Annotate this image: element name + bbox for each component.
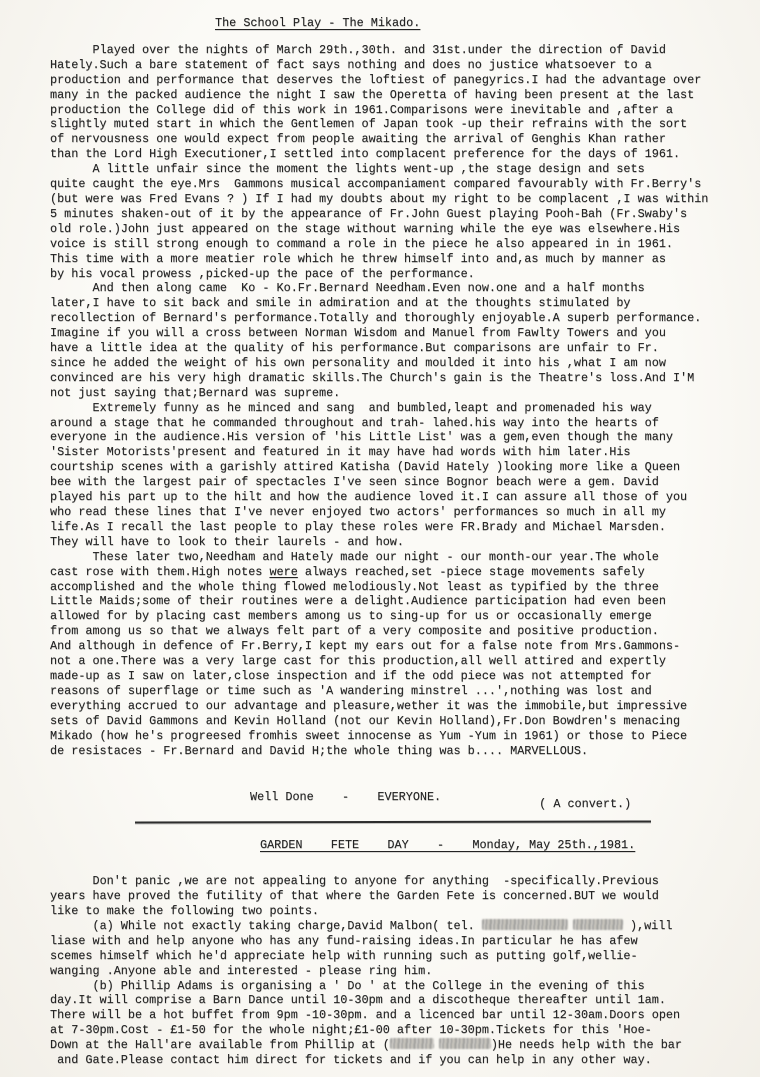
paragraph-text: always reached,set -piece stage movement… (50, 565, 687, 758)
paragraph-text: (a) While not exactly taking charge,Davi… (50, 919, 482, 933)
typewritten-newsletter-page: The School Play - The Mikado. Played ove… (0, 0, 760, 1077)
signoff-text: Well Done - EVERYONE. (250, 790, 441, 804)
mikado-paragraph-3: And then along came Ko - Ko.Fr.Bernard N… (50, 281, 746, 400)
underlined-word: were (269, 565, 297, 579)
redaction-smudge (439, 1038, 491, 1049)
redacted-phone-number (482, 919, 623, 930)
mikado-paragraph-5: These later two,Needham and Hately made … (50, 550, 746, 759)
garden-fete-heading: GARDEN FETE DAY - Monday, May 25th.,1981… (260, 838, 746, 853)
redaction-smudge (390, 1038, 434, 1049)
signoff-line: Well Done - EVERYONE.( A convert.) (250, 790, 746, 805)
mikado-paragraph-2: A little unfair since the moment the lig… (50, 162, 746, 281)
page-title: The School Play - The Mikado. (215, 16, 746, 31)
mikado-paragraph-1: Played over the nights of March 29th.,30… (50, 43, 746, 162)
redaction-smudge (482, 919, 568, 930)
redacted-phone-number (390, 1038, 491, 1049)
mikado-paragraph-4: Extremely funny as he minced and sang an… (50, 401, 746, 550)
fete-point-a-paragraph: (a) While not exactly taking charge,Davi… (50, 919, 746, 979)
redaction-smudge (573, 919, 623, 930)
divider-line (135, 821, 651, 824)
signoff-credit: ( A convert.) (539, 797, 631, 812)
fete-point-b-paragraph: (b) Phillip Adams is organising a ' Do '… (50, 979, 746, 1068)
fete-intro-paragraph: Don't panic ,we are not appealing to any… (50, 874, 746, 919)
